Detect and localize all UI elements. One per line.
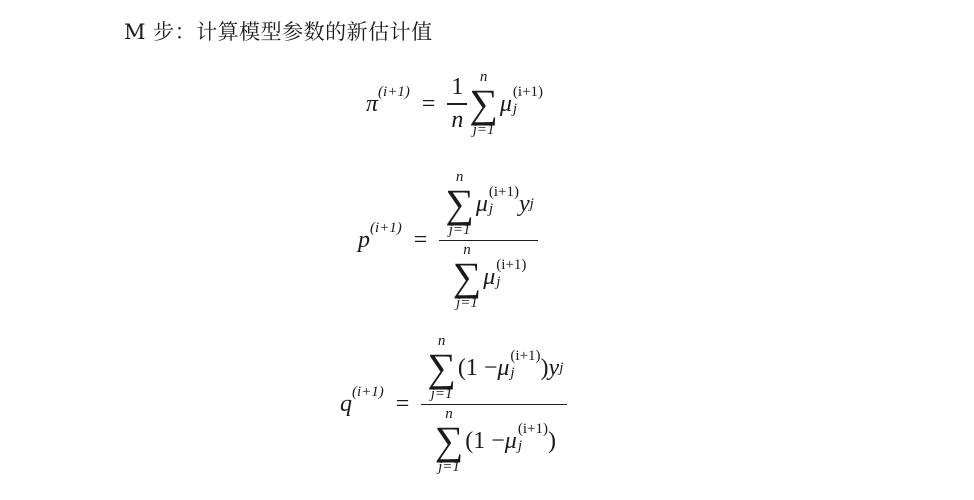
fraction-p: n ∑ j=1 μ(i+1)j yj n ∑ j=1 μ(i+1)j: [439, 170, 538, 311]
pi-symbol: π: [366, 91, 378, 118]
fraction-one-over-n: 1 n: [447, 74, 467, 133]
section-heading: M 步：计算模型参数的新估计值: [124, 16, 433, 46]
equation-pi: π(i+1) = 1 n n ∑ j=1 μ (i+1)j: [366, 70, 543, 138]
equation-p: p(i+1) = n ∑ j=1 μ(i+1)j yj n ∑ j=1 μ(i+…: [358, 170, 538, 311]
equation-q: q(i+1) = n ∑ j=1 (1 − μ(i+1)j ) yj n ∑ j…: [340, 334, 567, 475]
summation: n ∑ j=1: [469, 70, 498, 138]
fraction-q: n ∑ j=1 (1 − μ(i+1)j ) yj n ∑ j=1 (1 − μ…: [421, 334, 567, 475]
